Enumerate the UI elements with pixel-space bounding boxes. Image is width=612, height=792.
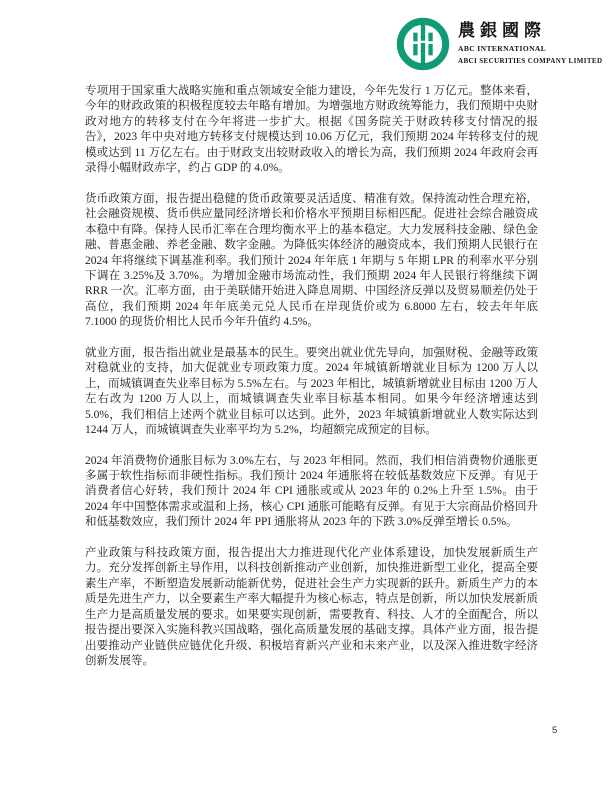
report-body: 专项用于国家重大战略实施和重点领域安全能力建设，今年先发行 1 万亿元。整体来看… [85,84,538,684]
company-header: 農銀國際 ABC INTERNATIONAL ABCI SECURITIES C… [396,14,602,71]
paragraph-inflation: 2024 年消费物价通胀目标为 3.0%左右，与 2023 年相同。然而，我们相… [85,454,538,531]
brand-name-chinese: 農銀國際 [458,21,602,41]
paragraph-fiscal-policy: 专项用于国家重大战略实施和重点领域安全能力建设，今年先发行 1 万亿元。整体来看… [85,84,538,177]
paragraph-industrial-policy: 产业政策与科技政策方面，报告提出大力推进现代化产业体系建设，加快发展新质生产力。… [85,546,538,670]
paragraph-monetary-policy: 货币政策方面，报告提出稳健的货币政策要灵活适度、精准有效。保持流动性合理充裕，社… [85,192,538,331]
paragraph-employment: 就业方面，报告指出就业是最基本的民生。要突出就业优先导向，加强财税、金融等政策对… [85,346,538,439]
page-number: 5 [552,725,557,736]
brand-text-block: 農銀國際 ABC INTERNATIONAL ABCI SECURITIES C… [458,14,602,65]
brand-company-name: ABCI SECURITIES COMPANY LIMITED [458,57,602,65]
brand-name-english: ABC INTERNATIONAL [458,44,602,53]
abc-bank-wheat-emblem-icon [396,17,450,71]
report-page: 農銀國際 ABC INTERNATIONAL ABCI SECURITIES C… [0,0,612,792]
